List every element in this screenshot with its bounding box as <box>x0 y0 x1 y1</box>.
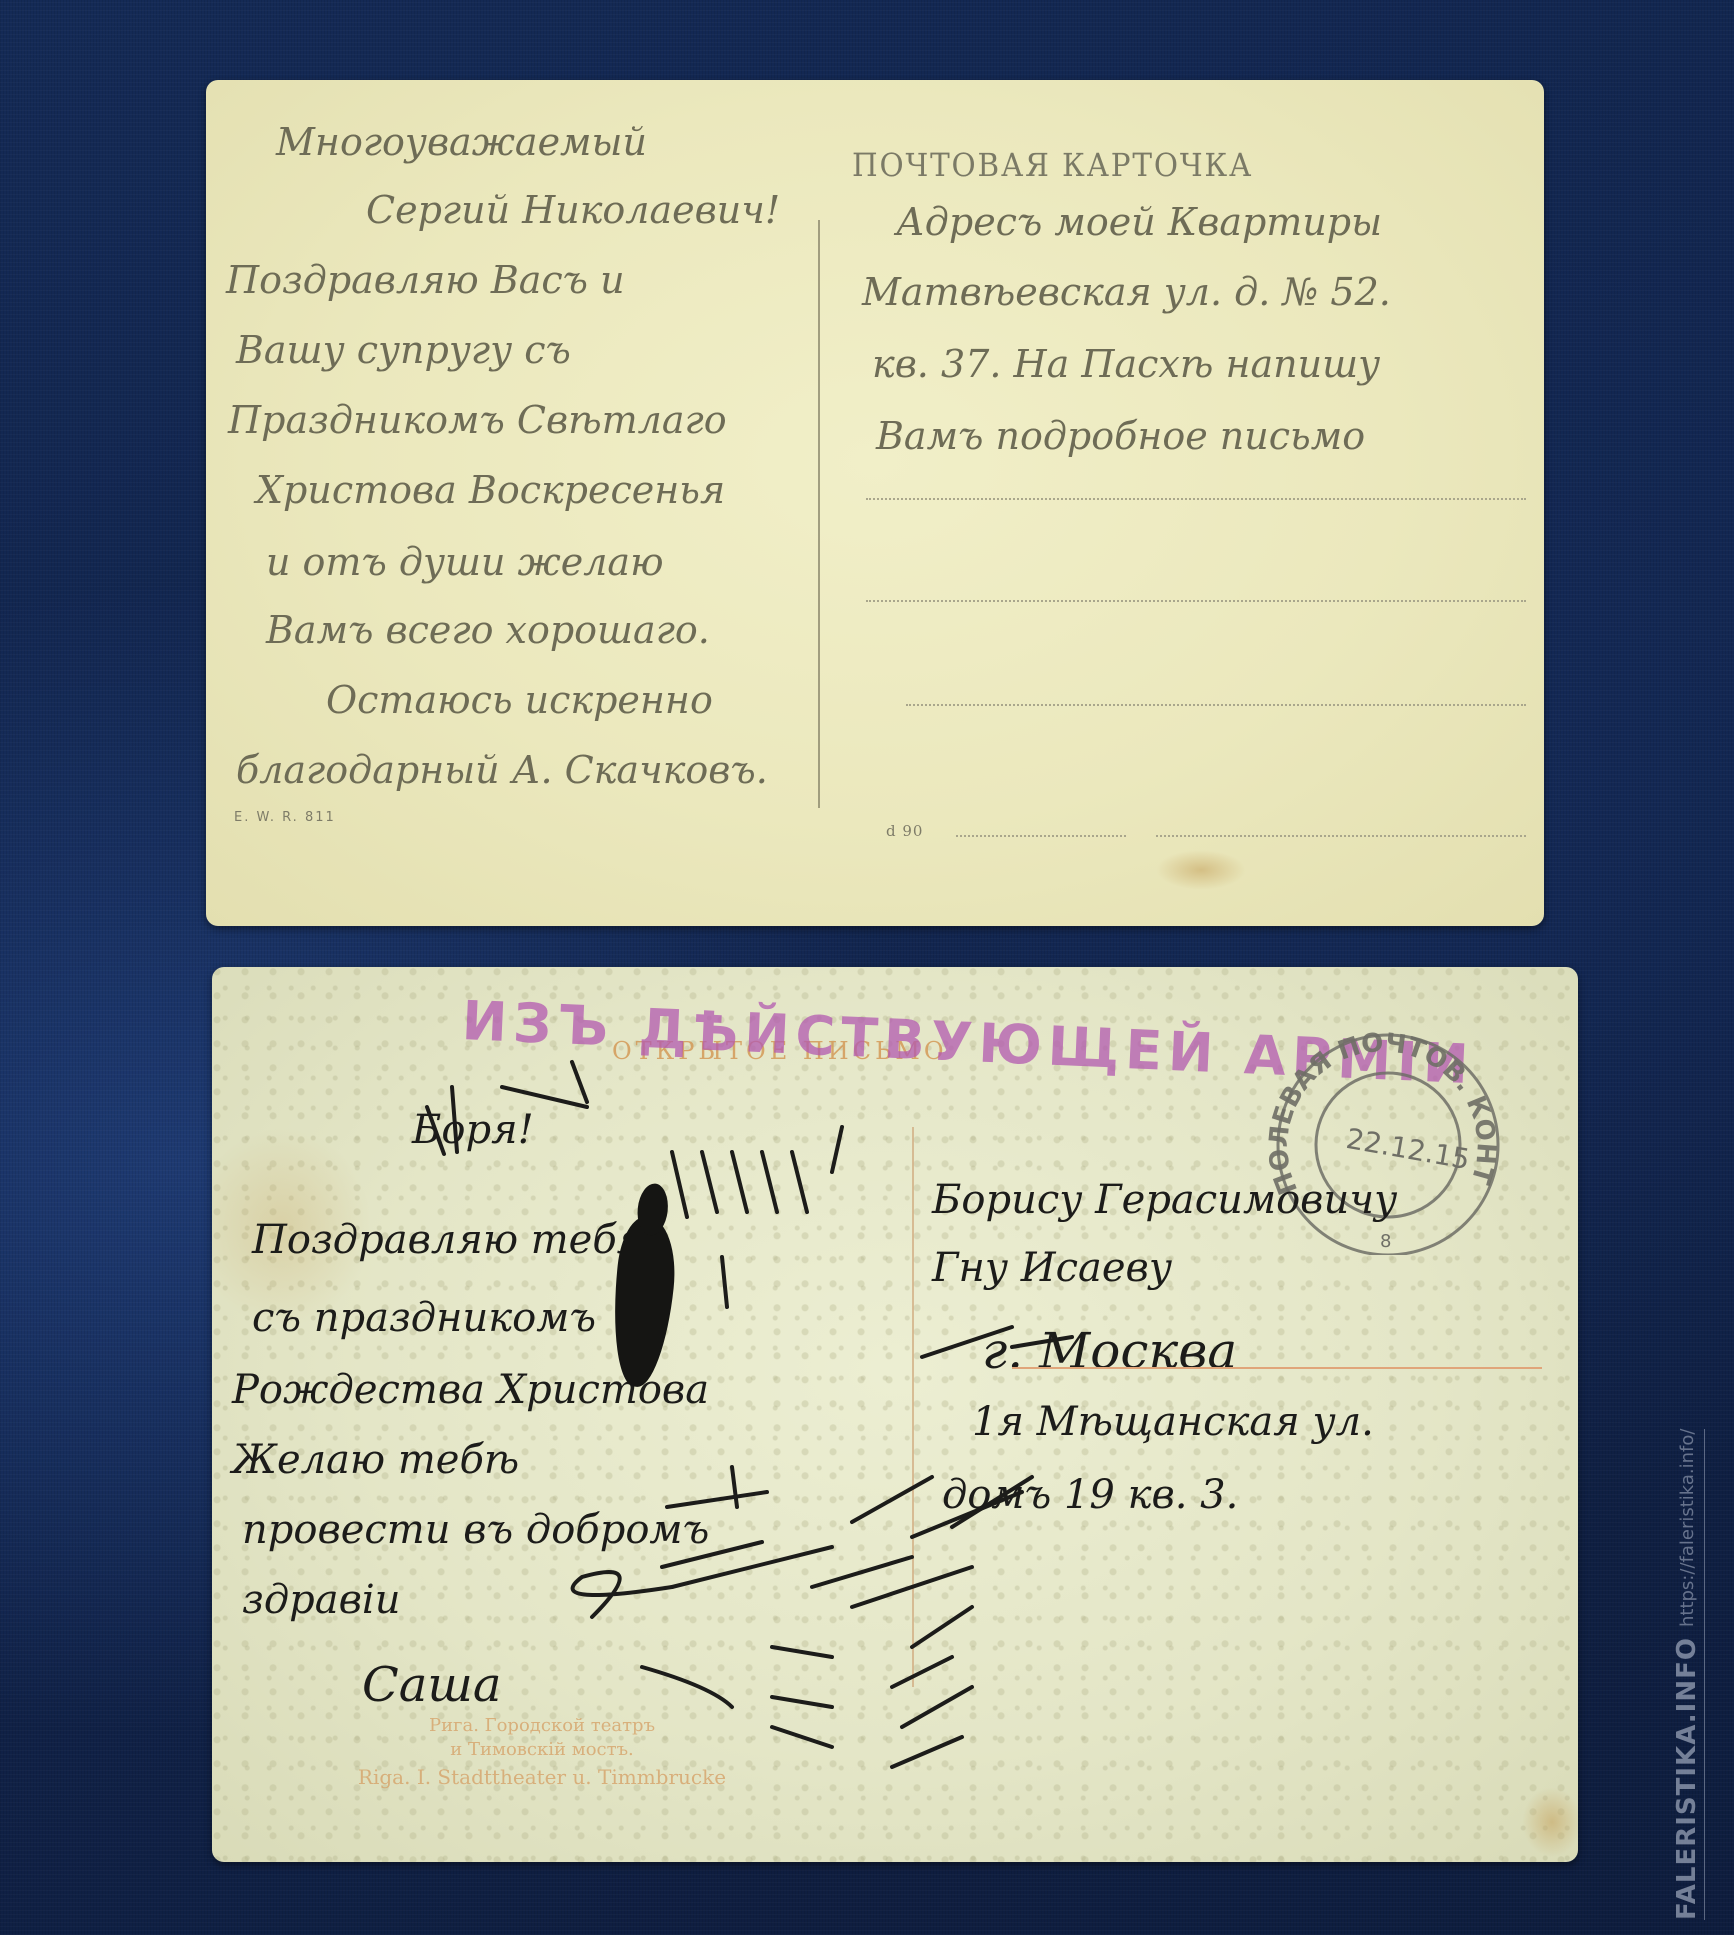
message-line: Сергий Николаевич! <box>366 188 780 232</box>
postcard-bottom: ОТКРЫТОЕ ПИСЬМО ИЗЪ ДѢЙСТВУЮЩЕЙ АРМІИ ПО… <box>212 967 1578 1862</box>
address-city: г. Москва <box>982 1322 1237 1380</box>
watermark-brand: FALERISTIKA.INFO <box>1672 1637 1702 1920</box>
message-line: Поздравляю Васъ и <box>226 258 625 302</box>
printer-mark: E. W. R. 811 <box>234 810 336 825</box>
message-line: Христова Воскресенья <box>256 468 725 512</box>
address-rule <box>866 498 1526 500</box>
message-line: Праздникомъ Свѣтлаго <box>228 398 727 442</box>
paper-stain <box>1156 850 1246 890</box>
signature-line: благодарный А. Скачковъ. <box>236 748 768 792</box>
address-rule <box>906 704 1526 706</box>
address-line: Адресъ моей Квартиры <box>896 200 1382 244</box>
printed-title: ПОЧТОВАЯ КАРТОЧКА <box>852 146 1253 184</box>
card-divider-line <box>818 220 820 808</box>
site-watermark: FALERISTIKA.INFO https://faleristika.inf… <box>1672 1429 1705 1920</box>
watermark-url: https://faleristika.info/ <box>1677 1429 1698 1627</box>
message-line: и отъ души желаю <box>266 540 664 584</box>
message-line: Вашу супругу съ <box>236 328 571 372</box>
message-line: Многоуважаемый <box>276 120 647 164</box>
picture-caption: и Тимовскій мостъ. <box>362 1739 722 1760</box>
address-line: Вамъ подробное письмо <box>876 414 1365 458</box>
address-rule <box>866 600 1526 602</box>
address-line: Матвѣевская ул. д. № 52. <box>862 270 1391 314</box>
address-line: Гну Исаеву <box>932 1245 1172 1291</box>
address-rule <box>956 835 1126 837</box>
message-line: Вамъ всего хорошаго. <box>266 608 710 652</box>
postcard-top: ПОЧТОВАЯ КАРТОЧКА Многоуважаемый Сергий … <box>206 80 1544 926</box>
series-mark: d 90 <box>886 822 923 840</box>
picture-caption: Riga. I. Stadttheater u. Timmbrucke <box>282 1765 802 1789</box>
address-rule <box>1012 1367 1542 1369</box>
address-line: Борису Герасимовичу <box>932 1177 1397 1223</box>
picture-caption: Рига. Городской театръ <box>362 1715 722 1736</box>
address-rule <box>1156 835 1526 837</box>
message-line: Остаюсь искренно <box>326 678 713 722</box>
address-line: домъ 19 кв. 3. <box>942 1472 1238 1518</box>
address-line: 1я Мѣщанская ул. <box>972 1399 1374 1445</box>
address-line: кв. 37. На Пасхѣ напишу <box>872 342 1380 386</box>
